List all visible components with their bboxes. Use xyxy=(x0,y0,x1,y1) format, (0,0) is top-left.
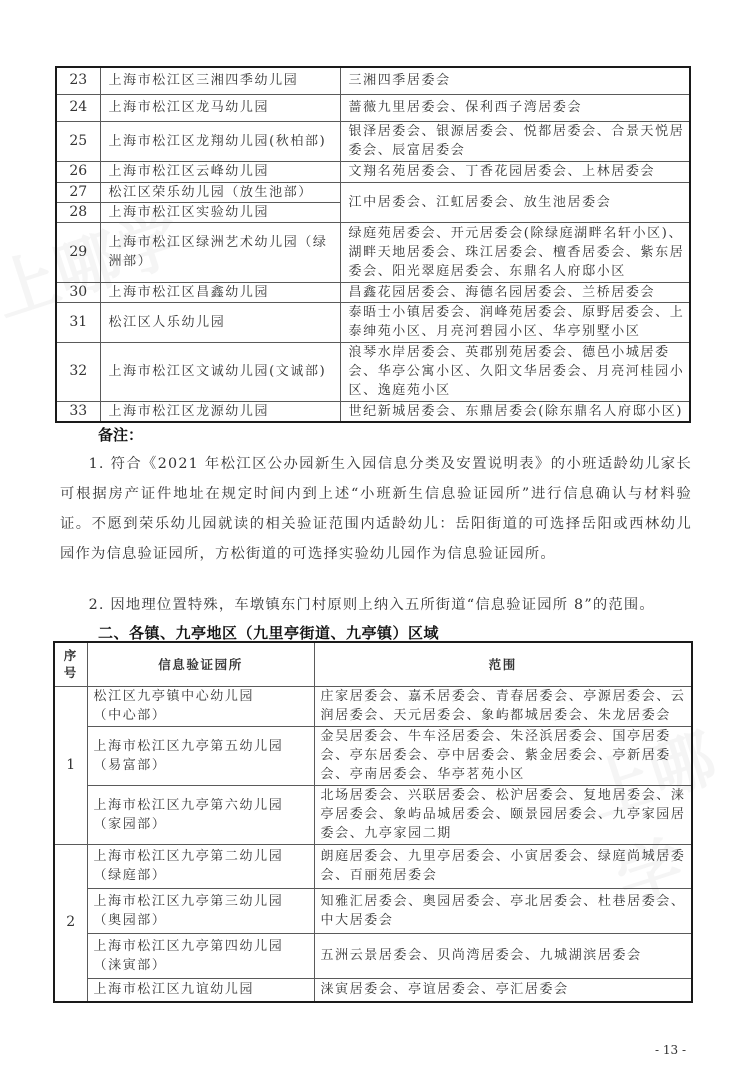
table-header-row: 序号 信息验证园所 范围 xyxy=(54,642,692,686)
table-row: 33 上海市松江区龙源幼儿园 世纪新城居委会、东鼎居委会(除东鼎名人府邸小区) xyxy=(56,401,690,422)
scope-cell: 金吴居委会、牛车泾居委会、朱泾浜居委会、国亭居委会、亭东居委会、亭中居委会、紫金… xyxy=(314,726,692,785)
row-number: 28 xyxy=(56,202,100,222)
table-row: 上海市松江区九亭第五幼儿园 （易富部） 金吴居委会、牛车泾居委会、朱泾浜居委会、… xyxy=(54,726,692,785)
row-number: 32 xyxy=(56,342,100,401)
school-name-line2: （奥园部） xyxy=(94,911,314,930)
kindergarten-table-2: 序号 信息验证园所 范围 1 松江区九亭镇中心幼儿园 （中心部） 庄家居委会、嘉… xyxy=(53,641,693,1003)
kindergarten-table-1: 23 上海市松江区三湘四季幼儿园 三湘四季居委会 24 上海市松江区龙马幼儿园 … xyxy=(55,66,691,423)
table-row: 1 松江区九亭镇中心幼儿园 （中心部） 庄家居委会、嘉禾居委会、青春居委会、亭源… xyxy=(54,686,692,726)
scope-cell: 三湘四季居委会 xyxy=(340,67,690,94)
school-name: 上海市松江区龙马幼儿园 xyxy=(100,94,340,121)
school-name-line1: 上海市松江区九亭第三幼儿园 xyxy=(94,892,314,911)
scope-cell: 浪琴水岸居委会、英郡别苑居委会、德邑小城居委会、华亭公寓小区、久阳文华居委会、月… xyxy=(340,342,690,401)
school-name: 上海市松江区九谊幼儿园 xyxy=(87,978,314,1002)
school-name-line1: 上海市松江区九亭第四幼儿园 xyxy=(94,937,314,956)
table-row: 24 上海市松江区龙马幼儿园 蔷薇九里居委会、保利西子湾居委会 xyxy=(56,94,690,121)
table-row: 25 上海市松江区龙翔幼儿园(秋柏部) 银泽居委会、银源居委会、悦都居委会、合景… xyxy=(56,121,690,161)
school-name: 松江区人乐幼儿园 xyxy=(100,302,340,342)
table-row: 23 上海市松江区三湘四季幼儿园 三湘四季居委会 xyxy=(56,67,690,94)
scope-cell: 绿庭苑居委会、开元居委会(除绿庭湖畔名轩小区)、湖畔天地居委会、珠江居委会、檀香… xyxy=(340,222,690,282)
table-row: 32 上海市松江区文诚幼儿园(文诚部) 浪琴水岸居委会、英郡别苑居委会、德邑小城… xyxy=(56,342,690,401)
school-name: 上海市松江区实验幼儿园 xyxy=(100,202,340,222)
row-number: 26 xyxy=(56,161,100,182)
school-name: 上海市松江区九亭第六幼儿园 （家园部） xyxy=(87,785,314,844)
school-name: 上海市松江区龙翔幼儿园(秋柏部) xyxy=(100,121,340,161)
scope-cell: 世纪新城居委会、东鼎居委会(除东鼎名人府邸小区) xyxy=(340,401,690,422)
row-number: 27 xyxy=(56,182,100,202)
school-name: 上海市松江区龙源幼儿园 xyxy=(100,401,340,422)
school-name: 上海市松江区昌鑫幼儿园 xyxy=(100,282,340,302)
school-name-line1: 上海市松江区九亭第六幼儿园 xyxy=(94,796,314,815)
row-number: 29 xyxy=(56,222,100,282)
scope-cell: 涞寅居委会、亭谊居委会、亭汇居委会 xyxy=(314,978,692,1002)
row-number: 30 xyxy=(56,282,100,302)
header-school: 信息验证园所 xyxy=(87,642,314,686)
school-name-line1: 上海市松江区九亭第五幼儿园 xyxy=(94,737,314,756)
scope-cell: 银泽居委会、银源居委会、悦都居委会、合景天悦居委会、辰富居委会 xyxy=(340,121,690,161)
row-number: 25 xyxy=(56,121,100,161)
table-row: 29 上海市松江区绿洲艺术幼儿园（绿洲部） 绿庭苑居委会、开元居委会(除绿庭湖畔… xyxy=(56,222,690,282)
group-number: 2 xyxy=(54,844,87,1002)
section-2-title: 二、各镇、九亭地区（九里亭街道、九亭镇）区域 xyxy=(98,622,439,643)
notes-title: 备注： xyxy=(98,424,143,445)
header-scope: 范围 xyxy=(314,642,692,686)
table-row: 30 上海市松江区昌鑫幼儿园 昌鑫花园居委会、海德名园居委会、兰桥居委会 xyxy=(56,282,690,302)
scope-cell: 五洲云景居委会、贝尚湾居委会、九城湖滨居委会 xyxy=(314,933,692,978)
scope-cell: 蔷薇九里居委会、保利西子湾居委会 xyxy=(340,94,690,121)
school-name: 上海市松江区三湘四季幼儿园 xyxy=(100,67,340,94)
page-number: - 13 - xyxy=(655,1043,686,1057)
school-name: 松江区九亭镇中心幼儿园 （中心部） xyxy=(87,686,314,726)
document-page: 上哪学 上哪学 23 上海市松江区三湘四季幼儿园 三湘四季居委会 24 上海市松… xyxy=(0,0,745,1073)
scope-cell: 北场居委会、兴联居委会、松沪居委会、复地居委会、涞亭居委会、象屿品城居委会、颐景… xyxy=(314,785,692,844)
scope-cell: 江中居委会、江虹居委会、放生池居委会 xyxy=(340,182,690,222)
table-row: 上海市松江区九亭第六幼儿园 （家园部） 北场居委会、兴联居委会、松沪居委会、复地… xyxy=(54,785,692,844)
header-number: 序号 xyxy=(54,642,87,686)
school-name-line2: （绿庭部） xyxy=(94,866,314,885)
school-name: 上海市松江区九亭第二幼儿园 （绿庭部） xyxy=(87,844,314,888)
scope-cell: 文翔名苑居委会、丁香花园居委会、上林居委会 xyxy=(340,161,690,182)
table-row: 上海市松江区九亭第四幼儿园 （涞寅部） 五洲云景居委会、贝尚湾居委会、九城湖滨居… xyxy=(54,933,692,978)
scope-cell: 庄家居委会、嘉禾居委会、青春居委会、亭源居委会、云润居委会、天元居委会、象屿都城… xyxy=(314,686,692,726)
note-2: 2. 因地理位置特殊，车墩镇东门村原则上纳入五所街道“信息验证园所 8”的范围。 xyxy=(60,590,692,620)
school-name-line2: （中心部） xyxy=(94,706,314,725)
row-number: 31 xyxy=(56,302,100,342)
school-name-line1: 松江区九亭镇中心幼儿园 xyxy=(94,687,314,706)
group-number: 1 xyxy=(54,686,87,844)
table-row: 上海市松江区九谊幼儿园 涞寅居委会、亭谊居委会、亭汇居委会 xyxy=(54,978,692,1002)
school-name-line1: 上海市松江区九谊幼儿园 xyxy=(94,980,314,999)
table-row: 31 松江区人乐幼儿园 泰晤士小镇居委会、润峰苑居委会、原野居委会、上泰绅苑小区… xyxy=(56,302,690,342)
scope-cell: 知雅汇居委会、奥园居委会、亭北居委会、杜巷居委会、中大居委会 xyxy=(314,888,692,933)
school-name-line2: （易富部） xyxy=(94,756,314,775)
school-name-line2: （家园部） xyxy=(94,815,314,834)
school-name: 松江区荣乐幼儿园（放生池部） xyxy=(100,182,340,202)
school-name: 上海市松江区九亭第四幼儿园 （涞寅部） xyxy=(87,933,314,978)
scope-cell: 朗庭居委会、九里亭居委会、小寅居委会、绿庭尚城居委会、百丽苑居委会 xyxy=(314,844,692,888)
row-number: 23 xyxy=(56,67,100,94)
table-row: 2 上海市松江区九亭第二幼儿园 （绿庭部） 朗庭居委会、九里亭居委会、小寅居委会… xyxy=(54,844,692,888)
scope-cell: 泰晤士小镇居委会、润峰苑居委会、原野居委会、上泰绅苑小区、月亮河碧园小区、华亭别… xyxy=(340,302,690,342)
row-number: 33 xyxy=(56,401,100,422)
table-row: 上海市松江区九亭第三幼儿园 （奥园部） 知雅汇居委会、奥园居委会、亭北居委会、杜… xyxy=(54,888,692,933)
table-row: 27 松江区荣乐幼儿园（放生池部） 江中居委会、江虹居委会、放生池居委会 xyxy=(56,182,690,202)
school-name: 上海市松江区九亭第五幼儿园 （易富部） xyxy=(87,726,314,785)
school-name: 上海市松江区文诚幼儿园(文诚部) xyxy=(100,342,340,401)
school-name-line2: （涞寅部） xyxy=(94,956,314,975)
note-1: 1. 符合《2021 年松江区公办园新生入园信息分类及安置说明表》的小班适龄幼儿… xyxy=(60,449,692,569)
school-name-line1: 上海市松江区九亭第二幼儿园 xyxy=(94,847,314,866)
scope-cell: 昌鑫花园居委会、海德名园居委会、兰桥居委会 xyxy=(340,282,690,302)
row-number: 24 xyxy=(56,94,100,121)
school-name: 上海市松江区云峰幼儿园 xyxy=(100,161,340,182)
table-row: 26 上海市松江区云峰幼儿园 文翔名苑居委会、丁香花园居委会、上林居委会 xyxy=(56,161,690,182)
school-name: 上海市松江区绿洲艺术幼儿园（绿洲部） xyxy=(100,222,340,282)
school-name: 上海市松江区九亭第三幼儿园 （奥园部） xyxy=(87,888,314,933)
